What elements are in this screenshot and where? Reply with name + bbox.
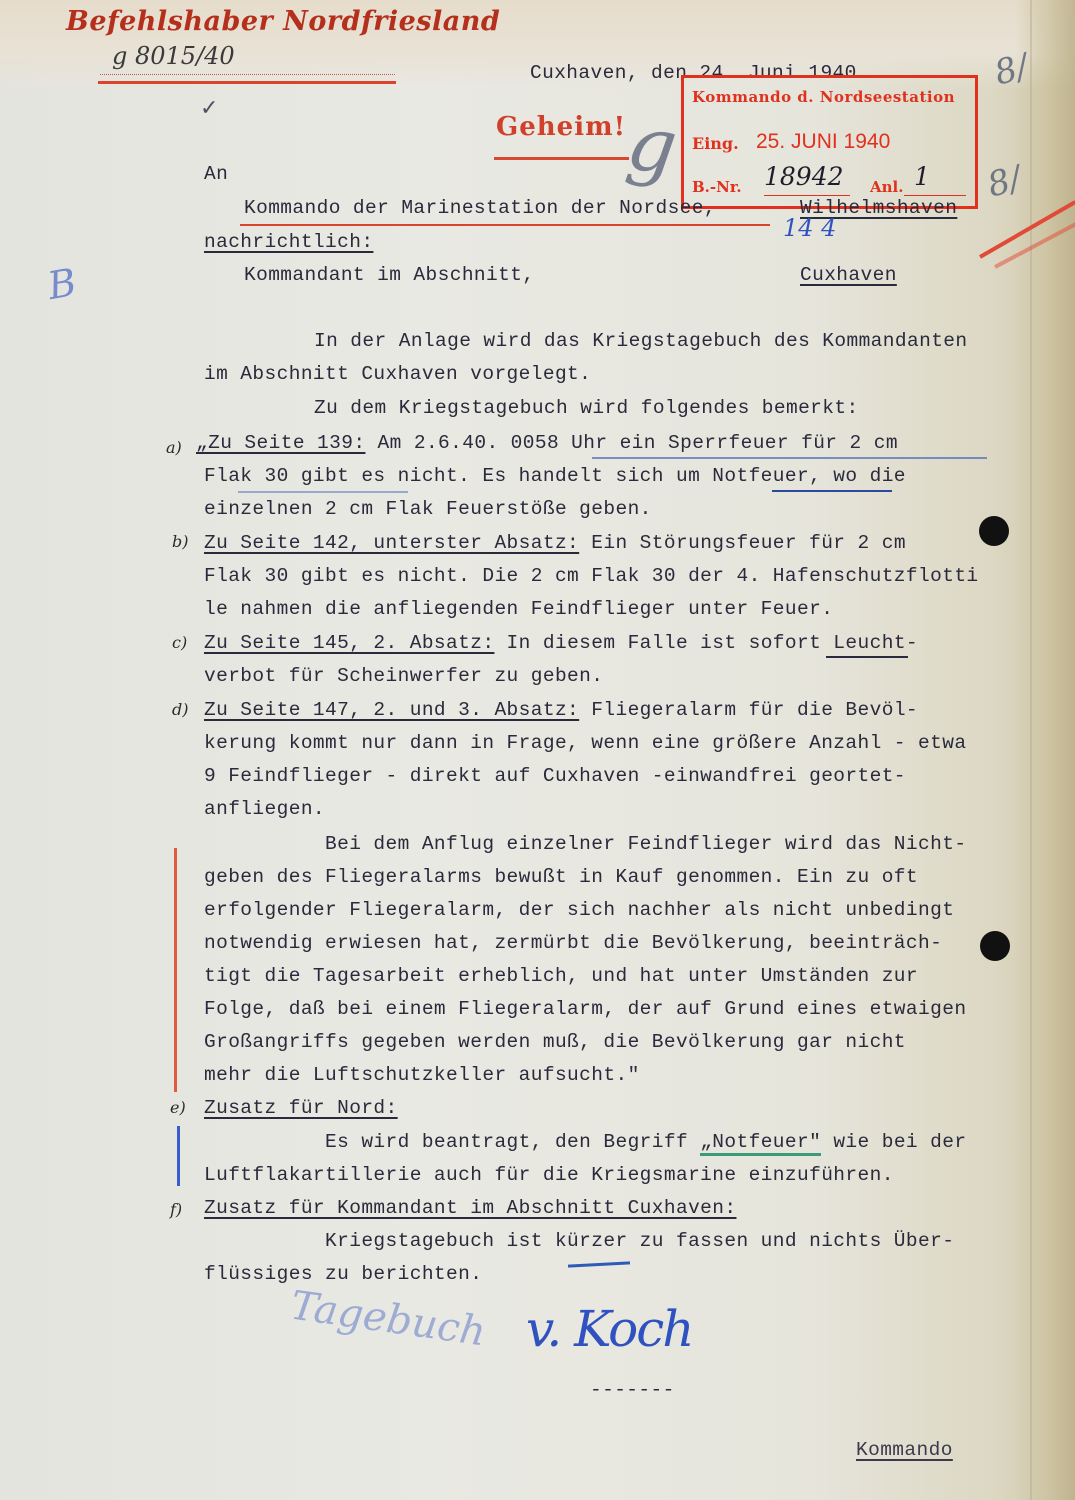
cc-recipient: Kommandant im Abschnitt, [244, 259, 534, 292]
paragraph-line-6: Folge, daß bei einem Fliegeralarm, der a… [204, 993, 966, 1026]
red-margin-bar [174, 848, 177, 1092]
item-b-line-3: le nahmen die anfliegenden Feindflieger … [204, 593, 833, 626]
paragraph-line-2: geben des Fliegeralarms bewußt in Kauf g… [204, 861, 918, 894]
item-d-heading: Zu Seite 147, 2. und 3. Absatz: [204, 699, 579, 721]
paragraph-line-1: Bei dem Anflug einzelner Feindflieger wi… [204, 828, 966, 861]
item-a-heading: „Zu Seite 139: [196, 432, 365, 454]
paragraph-line-4: notwendig erwiesen hat, zermürbt die Bev… [204, 927, 942, 960]
item-b-line-1: Zu Seite 142, unterster Absatz: Ein Stör… [204, 527, 906, 560]
item-a-line-1: „Zu Seite 139: Am 2.6.40. 0058 Uhr ein S… [196, 427, 898, 460]
stamp-number: 18942 [764, 162, 844, 191]
item-marker-a: a) [166, 438, 182, 457]
item-a-line-3: einzelnen 2 cm Flak Feuerstöße geben. [204, 493, 652, 526]
item-c-line-1: Zu Seite 145, 2. Absatz: In diesem Falle… [204, 627, 918, 660]
received-stamp: Kommando d. Nordseestation Eing. 25. JUN… [681, 75, 978, 209]
paragraph-line-5: tigt die Tagesarbeit erheblich, und hat … [204, 960, 918, 993]
addendum-commander-heading: Zusatz für Kommandant im Abschnitt Cuxha… [204, 1192, 736, 1225]
item-c-heading: Zu Seite 145, 2. Absatz: [204, 632, 494, 654]
faded-pencil-note: Tagebuch [288, 1283, 489, 1356]
reference-dotted-line [100, 74, 395, 75]
paragraph-line-3: erfolgender Fliegeralarm, der sich nachh… [204, 894, 954, 927]
item-marker-c: c) [172, 633, 187, 652]
item-marker-d: d) [172, 700, 188, 719]
signature: v. Koch [526, 1300, 692, 1358]
addendum-commander-line-2: flüssiges zu berichten. [204, 1258, 482, 1291]
margin-blue-mark: B [44, 260, 79, 308]
addendum-north-heading: Zusatz für Nord: [204, 1092, 398, 1125]
paragraph-line-8: mehr die Luftschutzkeller aufsucht." [204, 1059, 640, 1092]
check-mark-icon: ✓ [200, 96, 218, 121]
cc-label: nachrichtlich: [204, 226, 373, 259]
reference-red-line [98, 81, 396, 84]
handwritten-reference-number: g 8015/40 [112, 42, 235, 70]
recipient-name: Kommando der Marinestation der Nordsee, [244, 192, 716, 225]
underline-sofort [826, 656, 908, 658]
stamp-enclosures: 1 [914, 162, 930, 191]
blue-underline-gibt [238, 491, 408, 493]
item-a-line-2: Flak 30 gibt es nicht. Es handelt sich u… [204, 460, 906, 493]
item-b-line-2: Flak 30 gibt es nicht. Die 2 cm Flak 30 … [204, 560, 979, 593]
intro-line-2: im Abschnitt Cuxhaven vorgelegt. [204, 358, 591, 391]
signature-dashes: ------- [590, 1374, 675, 1407]
paper-worn-edge [1015, 0, 1075, 1500]
addendum-commander-line-1: Kriegstagebuch ist kürzer zu fassen und … [204, 1225, 954, 1258]
item-d-line-2: kerung kommt nur dann in Frage, wenn ein… [204, 727, 966, 760]
to-label: An [204, 158, 228, 191]
addendum-north-line-1: Es wird beantragt, den Begriff „Notfeuer… [204, 1126, 966, 1159]
item-d-line-1: Zu Seite 147, 2. und 3. Absatz: Fliegera… [204, 694, 918, 727]
item-marker-b: b) [172, 532, 188, 551]
addendum-north-line-2: Luftflakartillerie auch für die Kriegsma… [204, 1159, 894, 1192]
item-d-line-3: 9 Feindflieger - direkt auf Cuxhaven -ei… [204, 760, 906, 793]
stamp-received-label: Eing. [692, 134, 739, 153]
continuation-kommando: Kommando [856, 1434, 953, 1467]
blue-underline-sperrfeuer [592, 457, 987, 459]
item-marker-f: f) [170, 1200, 182, 1219]
cc-city: Cuxhaven [800, 259, 897, 292]
item-d-line-4: anfliegen. [204, 793, 325, 826]
punch-hole-top [979, 516, 1009, 546]
punch-hole-bottom [980, 931, 1010, 961]
blue-margin-bar [177, 1126, 180, 1186]
letterhead-title: Befehlshaber Nordfriesland [66, 6, 500, 37]
paragraph-line-7: Großangriffs gegeben werden muß, die Bev… [204, 1026, 906, 1059]
pencil-annotation: g [622, 97, 683, 192]
classification-underline [494, 157, 629, 160]
stamp-received-date: 25. JUNI 1940 [756, 130, 890, 154]
blue-underline-notfeuer [772, 490, 892, 492]
intro-line-1: In der Anlage wird das Kriegstagebuch de… [314, 325, 968, 358]
item-marker-e: e) [170, 1098, 186, 1117]
term-notfeuer: „Notfeuer" [700, 1131, 821, 1156]
blue-pen-stroke [568, 1261, 630, 1267]
remark-intro: Zu dem Kriegstagebuch wird folgendes bem… [314, 392, 859, 425]
classification-geheim: Geheim! [496, 112, 626, 142]
item-c-line-2: verbot für Scheinwerfer zu geben. [204, 660, 603, 693]
blue-handwritten-annotation: 14 4 [783, 214, 836, 242]
item-b-heading: Zu Seite 142, unterster Absatz: [204, 532, 579, 554]
stamp-office: Kommando d. Nordseestation [692, 88, 955, 106]
